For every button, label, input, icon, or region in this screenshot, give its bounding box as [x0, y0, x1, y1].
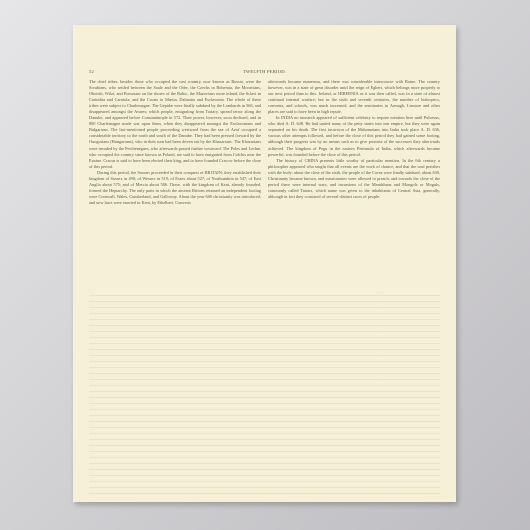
paragraph: The history of CHINA presents little wor…	[268, 158, 440, 200]
left-column: The chief tribes, besides those who occu…	[89, 79, 261, 206]
paragraph: The chief tribes, besides those who occu…	[89, 79, 261, 170]
poster-page: 52 TWELFTH PERIOD. The chief tribes, bes…	[73, 25, 456, 502]
text-columns: The chief tribes, besides those who occu…	[89, 79, 440, 206]
right-column: afterwards became numerous, and there wa…	[268, 79, 440, 206]
paragraph: afterwards became numerous, and there wa…	[268, 79, 440, 115]
show-through-texture	[89, 295, 440, 495]
paragraph: During this period, the Saxons proceeded…	[89, 170, 261, 206]
page-title: TWELFTH PERIOD.	[89, 69, 440, 74]
running-head: 52 TWELFTH PERIOD.	[89, 69, 440, 77]
paragraph: In INDIA no monarch appeared of sufficie…	[268, 115, 440, 157]
